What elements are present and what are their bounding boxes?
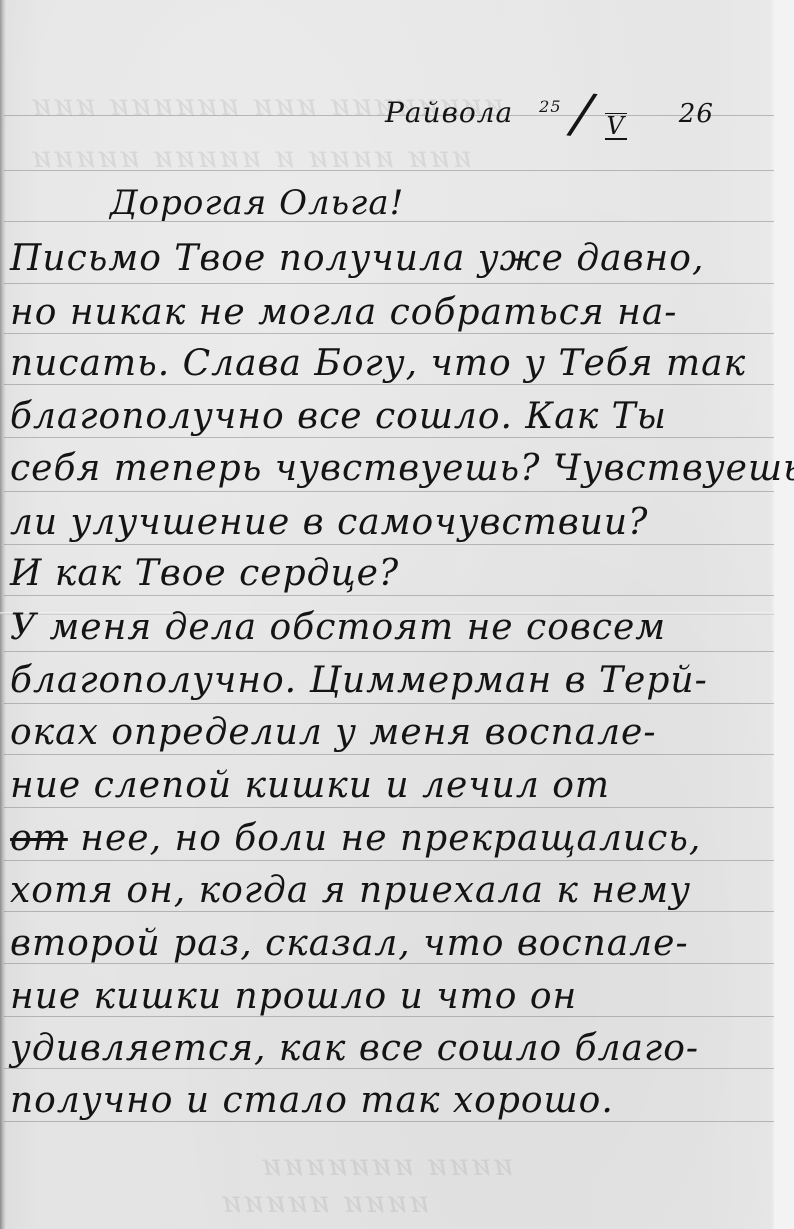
letter-line: ли улучшение в самочувствии? [10,502,774,543]
struck-out-word: от [10,818,68,859]
letter-line: но никак не могла собраться на- [10,292,774,333]
date-place: Райвола [385,96,513,129]
letter-line: получно и стало так хорошо. [10,1080,774,1121]
ruled-line [4,333,774,334]
letter-line: второй раз, сказал, что воспале- [10,923,774,964]
date-year: 26 [679,99,714,129]
ruled-line [4,1121,774,1122]
bleed-through-text: ᴎᴎᴎᴎ ᴎᴎᴎᴎᴎᴎᴎ [260,1148,513,1183]
letter-date-header: Райвола 25 / V 26 [385,72,714,135]
letter-line: ние слепой кишки и лечил от [10,765,774,806]
letter-line-text: нее, но боли не прекращались, [80,818,701,859]
ruled-line [4,595,774,596]
ruled-line [4,384,774,385]
page-right-margin [774,0,794,1229]
letter-line: У меня дела обстоят не совсем [10,607,774,648]
letter-line: себя теперь чувствуешь? Чувствуешь [10,448,774,489]
letter-page: ᴎᴎᴎᴎᴎᴎᴎᴎ ᴎᴎᴎ ᴎᴎᴎᴎᴎᴎ ᴎᴎᴎ ᴎᴎᴎ ᴎᴎᴎᴎ ᴎ ᴎᴎᴎᴎᴎ… [0,0,794,1229]
ruled-line [4,807,774,808]
ruled-line [4,491,774,492]
letter-line: писать. Слава Богу, что у Тебя так [10,343,774,384]
letter-line: благополучно все сошло. Как Ты [10,396,774,437]
letter-greeting: Дорогая Ольга! [110,183,404,223]
letter-line: хотя он, когда я приехала к нему [10,870,774,911]
letter-line: благополучно. Циммерман в Терй- [10,660,774,701]
ruled-line [4,651,774,652]
ruled-line [4,283,774,284]
date-day: 25 [539,97,561,116]
letter-line: И как Твое сердце? [10,553,774,594]
letter-line: ние кишки прошло и что он [10,976,774,1017]
letter-line: удивляется, как все сошло благо- [10,1028,774,1069]
letter-line: оках определил у меня воспале- [10,712,774,753]
ruled-line [4,170,774,171]
ruled-line [4,437,774,438]
date-month: V [605,113,627,140]
letter-line-with-strike: от нее, но боли не прекращались, [10,818,774,859]
bleed-through-text: ᴎᴎᴎᴎ ᴎᴎᴎᴎᴎ [220,1185,430,1220]
date-separator: / [570,81,596,146]
ruled-line [4,754,774,755]
ruled-line [4,860,774,861]
ruled-line [4,703,774,704]
ruled-line [4,911,774,912]
letter-line: Письмо Твое получила уже давно, [10,238,774,279]
ruled-line [4,544,774,545]
